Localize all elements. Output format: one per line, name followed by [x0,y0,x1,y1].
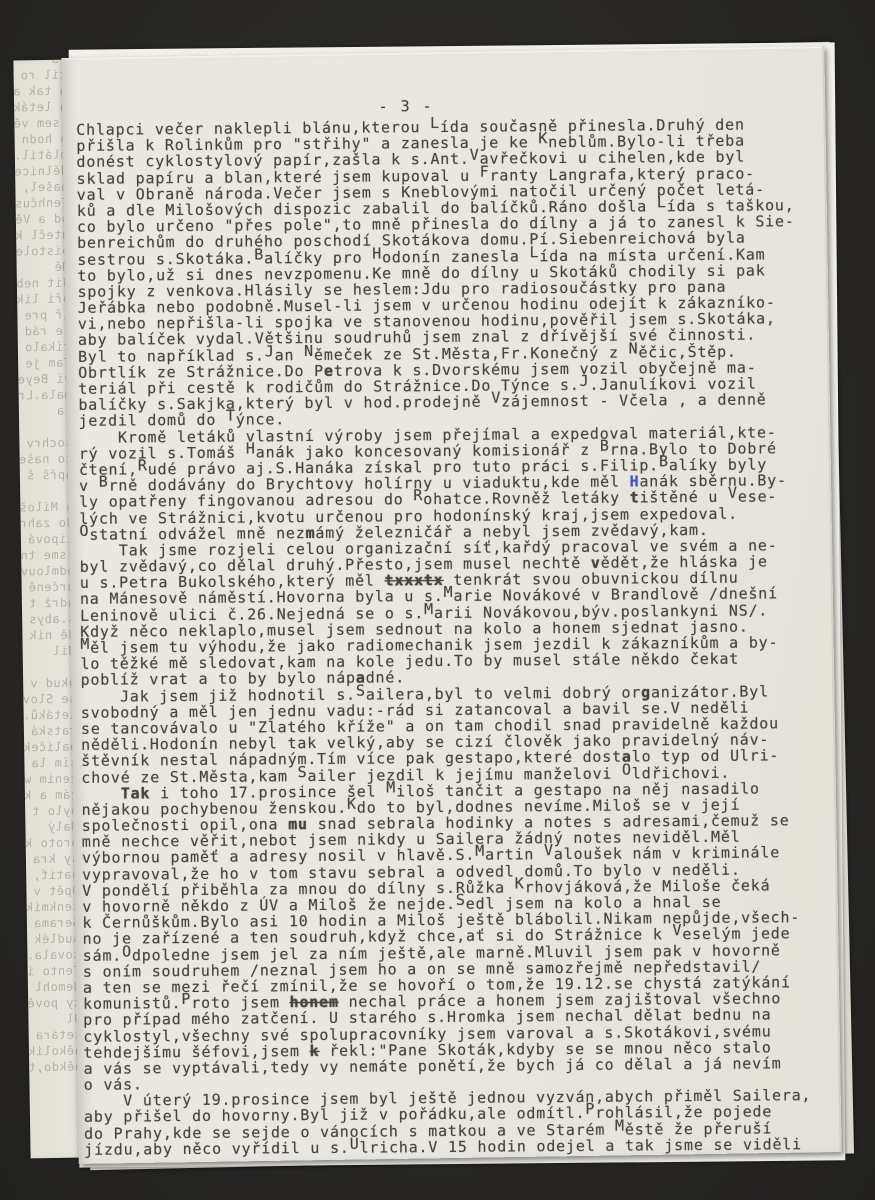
showthrough-fragment: a leták [15,100,67,115]
showthrough-fragment: Opět v [27,884,79,899]
document-page: - 3 - Chlapci večer naklepli blánu,ktero… [61,46,841,1164]
showthrough-fragment: několik [30,1044,82,1059]
showthrough-fragment: zám a k [26,788,78,803]
showthrough-fragment: odmlouv [22,564,74,579]
showthrough-fragment: apřš š [21,468,73,483]
showthrough-fragment: balíček [25,740,77,755]
showthrough-fragment: tenkmik [28,900,80,915]
showthrough-fragment: .S [14,60,66,67]
typed-text-block: - 3 - Chlapci večer naklepli blánu,ktero… [76,94,826,1158]
showthrough-fragment: -a [20,404,72,419]
showthrough-fragment: Ul [29,1012,81,1027]
showthrough-fragment: našel, j [16,180,68,195]
showthrough-fragment: a tak a [15,84,67,99]
showthrough-fragment: někdo,te [30,1060,82,1075]
showthrough-fragment: je rád [19,324,71,339]
showthrough-fragment: Nemohl [29,980,81,995]
showthrough-fragment: říkalo [19,340,71,355]
typed-lines: Chlapci večer naklepli blánu,kterou Lída… [76,116,826,1158]
showthrough-fragment: o hodn [16,132,68,147]
showthrough-fragment: pistole [17,244,69,259]
showthrough-fragment: ví Beye [19,372,71,387]
showthrough-fragment: Audlék [28,932,80,947]
showthrough-fragment: š.abys [23,612,75,627]
showthrough-fragment: dě nik [23,628,75,643]
showthrough-fragment: ky pově [29,996,81,1011]
showthrough-fragment: letáků. [25,708,77,723]
showthrough-fragment: okud v [24,676,76,691]
showthrough-fragment: určeně [23,580,75,595]
showthrough-fragment: sochrv [20,436,72,451]
showthrough-fragment: proto ka [27,836,79,851]
showthrough-fragment: mala.Lr [20,388,72,403]
showthrough-fragment: Šerama [28,916,80,931]
showthrough-fragment: til ro [15,68,67,83]
showthrough-fragment: dit neb [18,276,70,291]
showthrough-fragment: Tenhčus [17,196,69,211]
showthrough-fragment: jsem vě [15,116,67,131]
showthrough-fragment: jsme tn [22,548,74,563]
showthrough-fragment: mlátil. [16,148,68,163]
showthrough-fragment: kovala. [28,948,80,963]
showthrough-fragment: ratská [25,724,77,739]
showthrough-fragment: při lik [18,292,70,307]
showthrough-fragment: dělnice [16,164,68,179]
showthrough-fragment: utečl k [17,228,69,243]
showthrough-fragment: a Miloš [21,500,73,515]
showthrough-fragment: sy kra [27,852,79,867]
showthrough-fragment: Mě [18,260,70,275]
showthrough-fragment: do zahr [22,516,74,531]
showthrough-fragment: udrž t [23,596,75,611]
scan-background: .Stil roa tak aa letákjsem věo hodnmláti… [0,0,875,1200]
showthrough-fragment: hatiť, j [27,868,79,883]
showthrough-fragment: ženim w [26,772,78,787]
showthrough-fragment: se Slov [24,692,76,707]
showthrough-fragment: lipová [22,532,74,547]
showthrough-fragment: od a Vě [17,212,69,227]
showthrough-fragment: to naše [21,452,73,467]
showthrough-fragment: letára [30,1028,82,1043]
showthrough-fragment: iř pre [18,308,70,323]
showthrough-fragment: Tam je [19,356,71,371]
showthrough-fragment: Mil [24,644,76,659]
showthrough-fragment: bylo t [26,804,78,819]
showthrough-fragment: ším la [25,756,77,771]
page-number: - 3 - [86,95,726,118]
showthrough-fragment: Tento i [29,964,81,979]
showthrough-fragment: Malý [26,820,78,835]
